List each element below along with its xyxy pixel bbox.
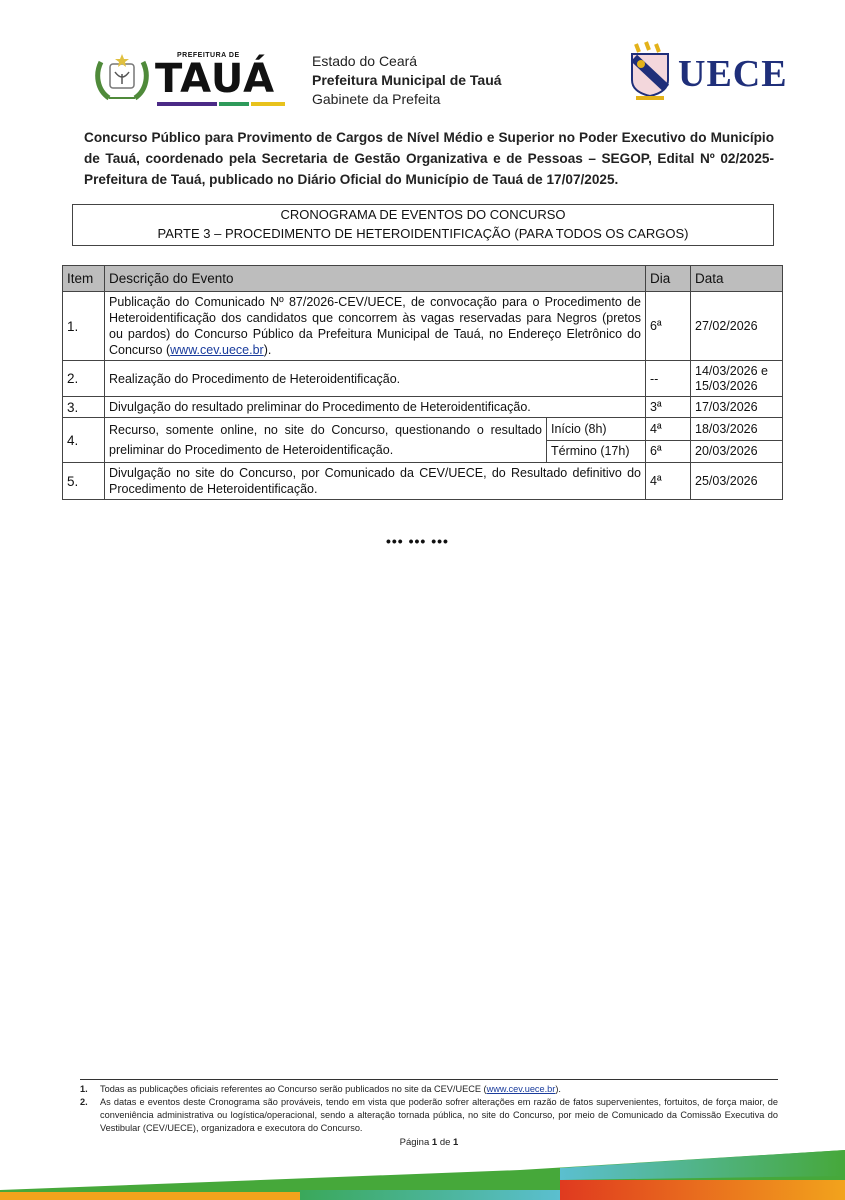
logo-bar bbox=[219, 102, 249, 106]
footnotes: 1. Todas as publicações oficiais referen… bbox=[80, 1079, 778, 1149]
logo-bar bbox=[157, 102, 217, 106]
municipal-crest-icon bbox=[95, 52, 149, 102]
row-item: 5. bbox=[63, 463, 105, 500]
row-date: 20/03/2026 bbox=[691, 440, 783, 463]
table-row: 1. Publicação do Comunicado Nº 87/2026-C… bbox=[63, 292, 783, 361]
uece-logo: UECE bbox=[628, 40, 788, 110]
footnote: 1. Todas as publicações oficiais referen… bbox=[80, 1083, 778, 1096]
footnote-text: Todas as publicações oficiais referentes… bbox=[100, 1083, 561, 1096]
table-row: 5. Divulgação no site do Concurso, por C… bbox=[63, 463, 783, 500]
row-date: 17/03/2026 bbox=[691, 397, 783, 418]
row-item: 3. bbox=[63, 397, 105, 418]
footnote-text-part: ). bbox=[555, 1084, 561, 1094]
desc-text: ). bbox=[264, 343, 272, 357]
row-day: 6ª bbox=[646, 292, 691, 361]
schedule-subtitle: PARTE 3 – PROCEDIMENTO DE HETEROIDENTIFI… bbox=[73, 224, 773, 243]
prefeitura-taua-logo: PREFEITURA DE TAUÁ bbox=[95, 48, 285, 108]
row-day: 4ª bbox=[646, 463, 691, 500]
row-description: Recurso, somente online, no site do Conc… bbox=[105, 418, 547, 463]
logo-big-text: TAUÁ bbox=[155, 56, 275, 102]
row-item: 2. bbox=[63, 361, 105, 397]
cev-link[interactable]: www.cev.uece.br bbox=[170, 343, 264, 357]
row-date: 27/02/2026 bbox=[691, 292, 783, 361]
row-description: Realização do Procedimento de Heteroiden… bbox=[105, 361, 646, 397]
schedule-title: CRONOGRAMA DE EVENTOS DO CONCURSO bbox=[73, 205, 773, 224]
row-day: 6ª bbox=[646, 440, 691, 463]
uece-shield-icon bbox=[628, 40, 672, 104]
page-header: PREFEITURA DE TAUÁ Estado do Ceará Prefe… bbox=[0, 40, 845, 120]
col-description: Descrição do Evento bbox=[105, 266, 646, 292]
municipality-line: Prefeitura Municipal de Tauá bbox=[312, 71, 502, 90]
row-description: Divulgação do resultado preliminar do Pr… bbox=[105, 397, 646, 418]
footnote-text: As datas e eventos deste Cronograma são … bbox=[100, 1096, 778, 1135]
logo-color-bars bbox=[157, 102, 285, 106]
schedule-title-box: CRONOGRAMA DE EVENTOS DO CONCURSO PARTE … bbox=[72, 204, 774, 246]
row-date: 25/03/2026 bbox=[691, 463, 783, 500]
row-item: 4. bbox=[63, 418, 105, 463]
row-item: 1. bbox=[63, 292, 105, 361]
col-item: Item bbox=[63, 266, 105, 292]
footnote-link[interactable]: www.cev.uece.br bbox=[487, 1084, 556, 1094]
table-header-row: Item Descrição do Evento Dia Data bbox=[63, 266, 783, 292]
footnote-number: 2. bbox=[80, 1096, 100, 1135]
row-sub-label: Início (8h) bbox=[547, 418, 646, 441]
table-row: 2. Realização do Procedimento de Heteroi… bbox=[63, 361, 783, 397]
row-date: 14/03/2026 e 15/03/2026 bbox=[691, 361, 783, 397]
state-line: Estado do Ceará bbox=[312, 52, 502, 71]
logo-bar bbox=[251, 102, 285, 106]
row-day: 4ª bbox=[646, 418, 691, 441]
row-day: -- bbox=[646, 361, 691, 397]
issuer-block: Estado do Ceará Prefeitura Municipal de … bbox=[312, 52, 502, 109]
office-line: Gabinete da Prefeita bbox=[312, 90, 502, 109]
footer-color-band bbox=[0, 1140, 845, 1200]
table-row: 4. Recurso, somente online, no site do C… bbox=[63, 418, 783, 441]
row-date: 18/03/2026 bbox=[691, 418, 783, 441]
row-sub-label: Término (17h) bbox=[547, 440, 646, 463]
table-row: 3. Divulgação do resultado preliminar do… bbox=[63, 397, 783, 418]
row-description: Divulgação no site do Concurso, por Comu… bbox=[105, 463, 646, 500]
footnote-number: 1. bbox=[80, 1083, 100, 1096]
row-description: Publicação do Comunicado Nº 87/2026-CEV/… bbox=[105, 292, 646, 361]
section-separator: ••• ••• ••• bbox=[386, 533, 449, 549]
row-day: 3ª bbox=[646, 397, 691, 418]
footnote: 2. As datas e eventos deste Cronograma s… bbox=[80, 1096, 778, 1135]
col-day: Dia bbox=[646, 266, 691, 292]
footnote-text-part: Todas as publicações oficiais referentes… bbox=[100, 1084, 487, 1094]
schedule-table: Item Descrição do Evento Dia Data 1. Pub… bbox=[62, 265, 783, 500]
col-date: Data bbox=[691, 266, 783, 292]
uece-wordmark: UECE bbox=[678, 52, 788, 96]
contest-intro: Concurso Público para Provimento de Carg… bbox=[84, 127, 774, 190]
